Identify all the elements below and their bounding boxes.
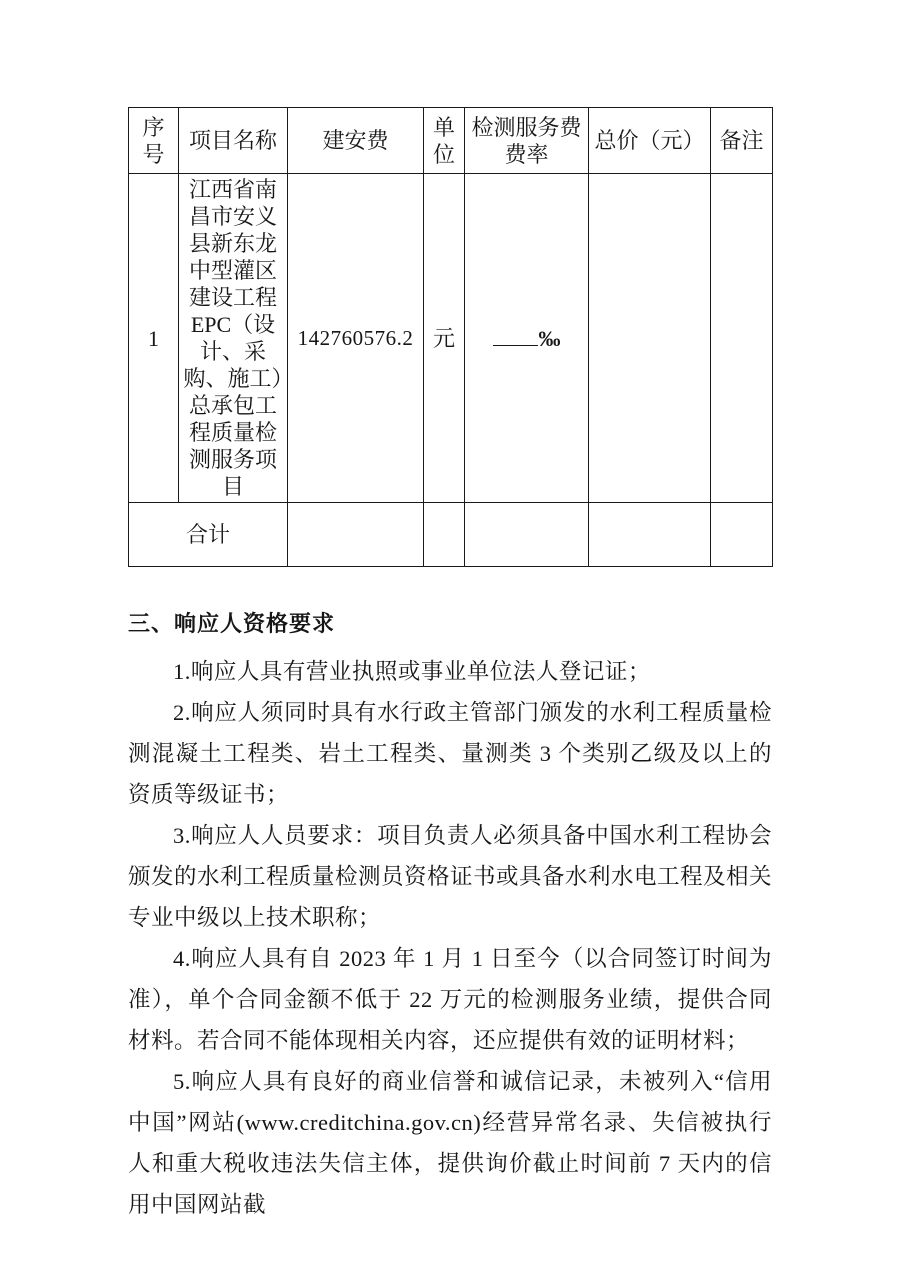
- requirement-paragraph-5: 5.响应人具有良好的商业信誉和诚信记录，未被列入“信用中国”网站(www.cre…: [128, 1061, 772, 1225]
- section-heading: 三、响应人资格要求: [128, 603, 772, 644]
- header-unit: 单位: [424, 108, 465, 174]
- total-construction-cost-cell: [288, 503, 424, 567]
- serial-number-cell: 1: [129, 174, 179, 503]
- document-page: 序号 项目名称 建安费 单位 检测服务费费率 总价（元） 备注 1 江西省南昌市…: [0, 0, 900, 1272]
- fee-rate-cell: ‰: [465, 174, 589, 503]
- fee-quotation-table: 序号 项目名称 建安费 单位 检测服务费费率 总价（元） 备注 1 江西省南昌市…: [128, 107, 773, 567]
- fill-in-blank-line: [493, 324, 538, 346]
- permille-sign: ‰: [539, 326, 561, 351]
- total-fee-rate-cell: [465, 503, 589, 567]
- construction-cost-cell: 142760576.2: [288, 174, 424, 503]
- total-remarks-cell: [711, 503, 773, 567]
- unit-cell: 元: [424, 174, 465, 503]
- requirement-paragraph-4: 4.响应人具有自 2023 年 1 月 1 日至今（以合同签订时间为准），单个合…: [128, 938, 772, 1061]
- project-name-cell: 江西省南昌市安义县新东龙中型灌区建设工程EPC（设计、采购、施工）总承包工程质量…: [179, 174, 288, 503]
- total-unit-cell: [424, 503, 465, 567]
- remarks-cell: [711, 174, 773, 503]
- requirement-paragraph-1: 1.响应人具有营业执照或事业单位法人登记证；: [128, 651, 772, 692]
- total-price-cell: [589, 174, 711, 503]
- header-total-price: 总价（元）: [589, 108, 711, 174]
- requirement-paragraph-3: 3.响应人人员要求：项目负责人必须具备中国水利工程协会颁发的水利工程质量检测员资…: [128, 815, 772, 938]
- header-remarks: 备注: [711, 108, 773, 174]
- table-total-row: 合计: [129, 503, 773, 567]
- header-service-fee-rate: 检测服务费费率: [465, 108, 589, 174]
- table-row: 1 江西省南昌市安义县新东龙中型灌区建设工程EPC（设计、采购、施工）总承包工程…: [129, 174, 773, 503]
- header-serial-number: 序号: [129, 108, 179, 174]
- requirement-paragraph-2: 2.响应人须同时具有水行政主管部门颁发的水利工程质量检测混凝土工程类、岩土工程类…: [128, 692, 772, 815]
- document-content: 序号 项目名称 建安费 单位 检测服务费费率 总价（元） 备注 1 江西省南昌市…: [128, 107, 772, 1225]
- header-construction-cost: 建安费: [288, 108, 424, 174]
- total-label-cell: 合计: [129, 503, 288, 567]
- header-project-name: 项目名称: [179, 108, 288, 174]
- table-header-row: 序号 项目名称 建安费 单位 检测服务费费率 总价（元） 备注: [129, 108, 773, 174]
- total-total-price-cell: [589, 503, 711, 567]
